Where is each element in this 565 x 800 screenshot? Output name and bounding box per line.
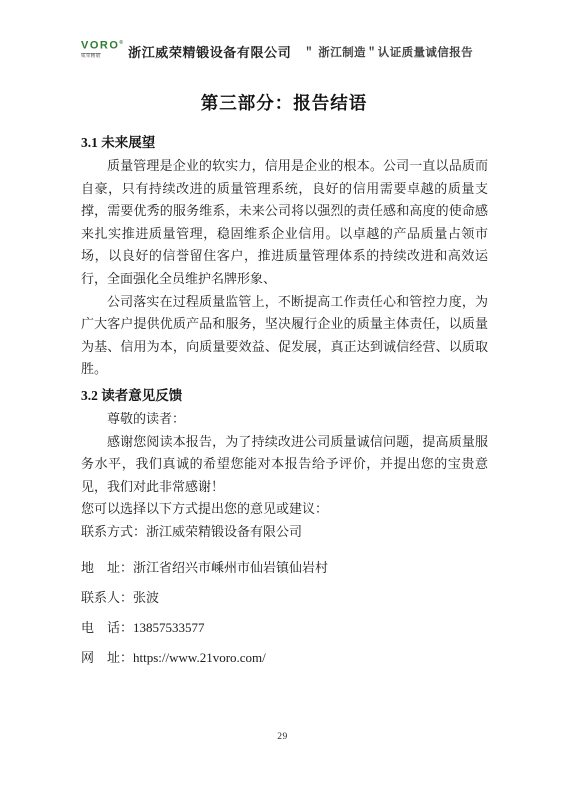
- header-company-name: 浙江威荣精锻设备有限公司: [128, 45, 291, 60]
- paragraph-dear-reader: 尊敬的读者：: [81, 408, 488, 431]
- page-footer: 29: [0, 726, 565, 744]
- contact-website: 网 址：https://www.21voro.com/: [81, 647, 488, 669]
- section-heading-3-1: 3.1 未来展望: [81, 133, 488, 152]
- contact-address: 地 址：浙江省绍兴市嵊州市仙岩镇仙岩村: [81, 557, 488, 579]
- registered-trademark-icon: ®: [119, 40, 123, 46]
- page-number: 29: [277, 732, 288, 742]
- page-title: 第三部分：报告结语: [81, 90, 487, 115]
- contact-method-line: 联系方式：浙江威荣精锻设备有限公司: [81, 521, 488, 544]
- paragraph-future-outlook-2: 公司落实在过程质量监管上，不断提高工作责任心和管控力度，为广大客户提供优质产品和…: [81, 291, 488, 381]
- paragraph-feedback-request: 感谢您阅读本报告，为了持续改进公司质量诚信问题，提高质量服务水平，我们真诚的希望…: [81, 431, 488, 499]
- document-page: VORO® 威荣精锻 浙江威荣精锻设备有限公司 ＂ 浙江制造＂认证质量诚信报告 …: [0, 0, 565, 800]
- page-header: VORO® 威荣精锻 浙江威荣精锻设备有限公司 ＂ 浙江制造＂认证质量诚信报告: [81, 38, 473, 60]
- header-left: VORO® 威荣精锻 浙江威荣精锻设备有限公司: [81, 38, 291, 60]
- contact-phone: 电 话：13857533577: [81, 617, 488, 639]
- feedback-intro-line: 您可以选择以下方式提出您的意见或建议：: [81, 498, 488, 521]
- paragraph-future-outlook-1: 质量管理是企业的软实力，信用是企业的根本。公司一直以品质而自豪，只有持续改进的质…: [81, 155, 488, 291]
- voro-logo: VORO® 威荣精锻: [81, 38, 123, 60]
- section-heading-3-2: 3.2 读者意见反馈: [81, 386, 488, 405]
- contact-person: 联系人：张波: [81, 587, 488, 609]
- header-report-label: ＂ 浙江制造＂认证质量诚信报告: [303, 46, 473, 60]
- logo-text: VORO: [81, 40, 119, 52]
- logo-subtext: 威荣精锻: [81, 53, 101, 59]
- voro-logo-wordmark: VORO®: [81, 38, 123, 52]
- document-body: 3.1 未来展望 质量管理是企业的软实力，信用是企业的根本。公司一直以品质而自豪…: [81, 133, 488, 669]
- contact-block: 地 址：浙江省绍兴市嵊州市仙岩镇仙岩村 联系人：张波 电 话：138575335…: [81, 557, 488, 669]
